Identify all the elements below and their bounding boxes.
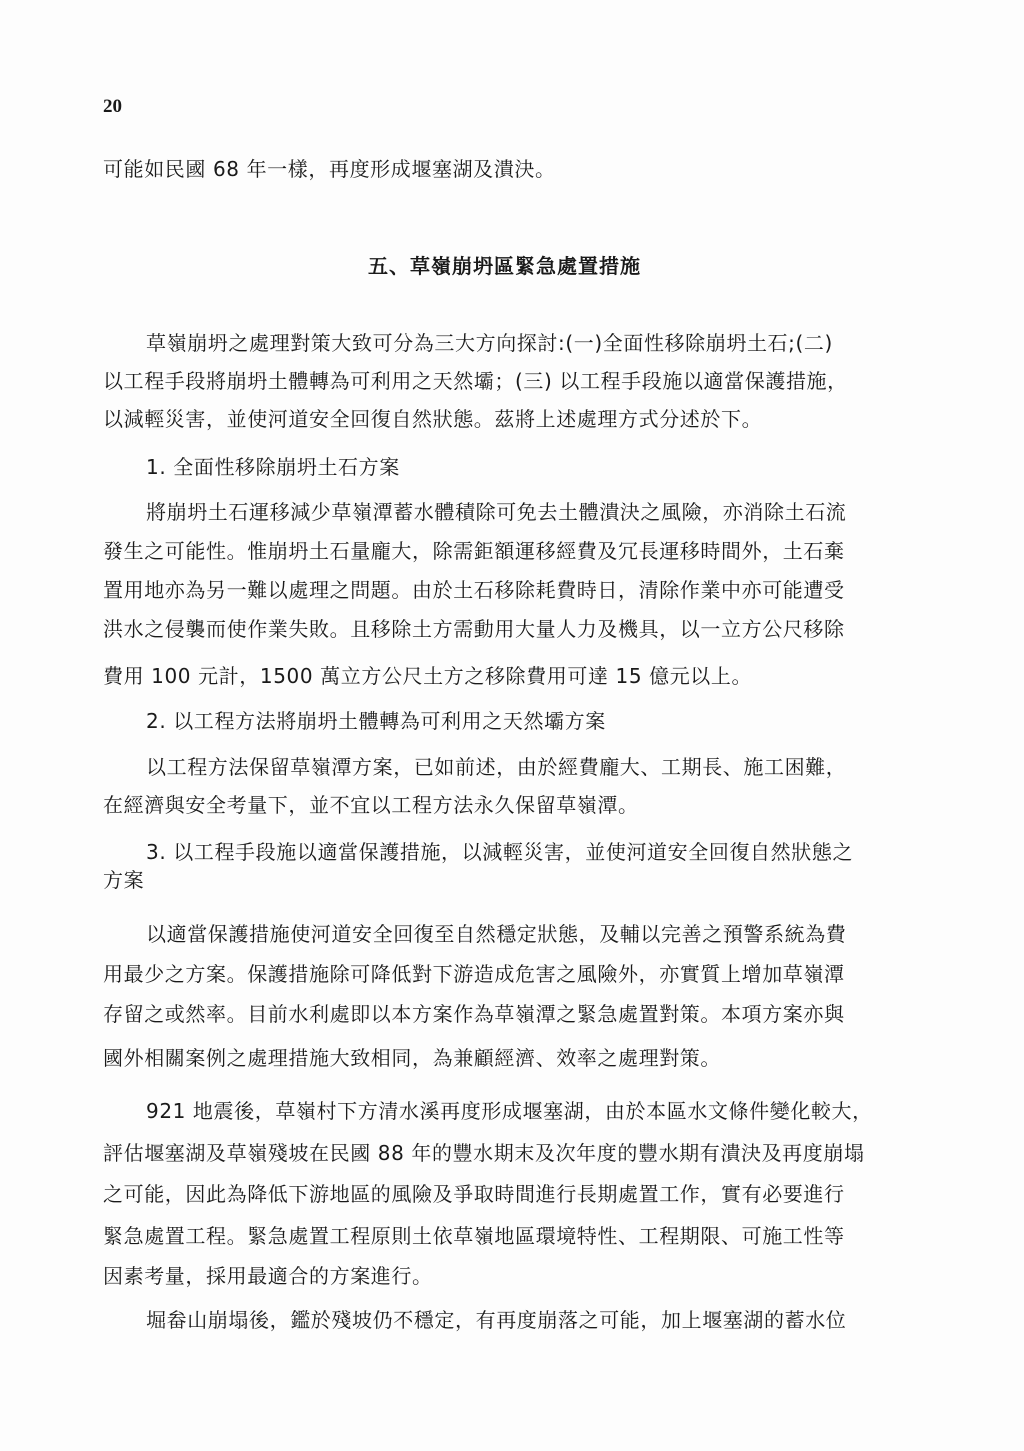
text-line: 2. 以工程方法將崩坍土體轉為可利用之天然壩方案	[146, 707, 606, 735]
text-line: 以適當保護措施使河道安全回復至自然穩定狀態，及輔以完善之預警系統為費	[146, 920, 846, 948]
text-line: 之可能，因此為降低下游地區的風險及爭取時間進行長期處置工作，實有必要進行	[103, 1180, 845, 1208]
text-line: 方案	[103, 866, 144, 894]
text-line: 在經濟與安全考量下，並不宜以工程方法永久保留草嶺潭。	[103, 791, 639, 819]
text-line: 921 地震後，草嶺村下方清水溪再度形成堰塞湖，由於本區水文條件變化較大，	[146, 1097, 873, 1125]
text-line: 洪水之侵襲而使作業失敗。且移除土方需動用大量人力及機具，以一立方公尺移除	[103, 615, 845, 643]
text-line: 費用 100 元計，1500 萬立方公尺土方之移除費用可達 15 億元以上。	[103, 662, 752, 690]
text-line: 將崩坍土石運移減少草嶺潭蓄水體積除可免去土體潰決之風險，亦消除土石流	[146, 498, 846, 526]
text-line: 評估堰塞湖及草嶺殘坡在民國 88 年的豐水期末及次年度的豐水期有潰決及再度崩塌	[103, 1139, 865, 1167]
text-line: 存留之或然率。目前水利處即以本方案作為草嶺潭之緊急處置對策。本項方案亦與	[103, 1000, 845, 1028]
text-line: 置用地亦為另一難以處理之問題。由於土石移除耗費時日，清除作業中亦可能遭受	[103, 576, 845, 604]
text-line: 用最少之方案。保護措施除可降低對下游造成危害之風險外，亦實質上增加草嶺潭	[103, 960, 845, 988]
text-line: 以工程方法保留草嶺潭方案，已如前述，由於經費龐大、工期長、施工困難，	[146, 753, 846, 781]
text-line: 緊急處置工程。緊急處置工程原則土依草嶺地區環境特性、工程期限、可施工性等	[103, 1222, 845, 1250]
page-number: 20	[103, 96, 122, 118]
text-line: 可能如民國 68 年一樣，再度形成堰塞湖及潰決。	[103, 155, 556, 183]
text-line: 草嶺崩坍之處理對策大致可分為三大方向探討:(一)全面性移除崩坍土石;(二)	[146, 329, 833, 357]
text-line: 堀畚山崩塌後，鑑於殘坡仍不穩定，有再度崩落之可能，加上堰塞湖的蓄水位	[146, 1306, 846, 1334]
text-line: 因素考量，採用最適合的方案進行。	[103, 1262, 433, 1290]
text-line: 1. 全面性移除崩坍土石方案	[146, 453, 400, 481]
text-line: 3. 以工程手段施以適當保護措施，以減輕災害，並使河道安全回復自然狀態之	[146, 838, 853, 866]
section-heading: 五、草嶺崩坍區緊急處置措施	[368, 250, 641, 279]
text-line: 以工程手段將崩坍土體轉為可利用之天然壩；(三) 以工程手段施以適當保護措施，	[103, 367, 848, 395]
text-line: 以減輕災害，並使河道安全回復自然狀態。茲將上述處理方式分述於下。	[103, 405, 762, 433]
text-line: 國外相關案例之處理措施大致相同，為兼顧經濟、效率之處理對策。	[103, 1044, 721, 1072]
text-line: 發生之可能性。惟崩坍土石量龐大，除需鉅額運移經費及冗長運移時間外，土石棄	[103, 537, 845, 565]
